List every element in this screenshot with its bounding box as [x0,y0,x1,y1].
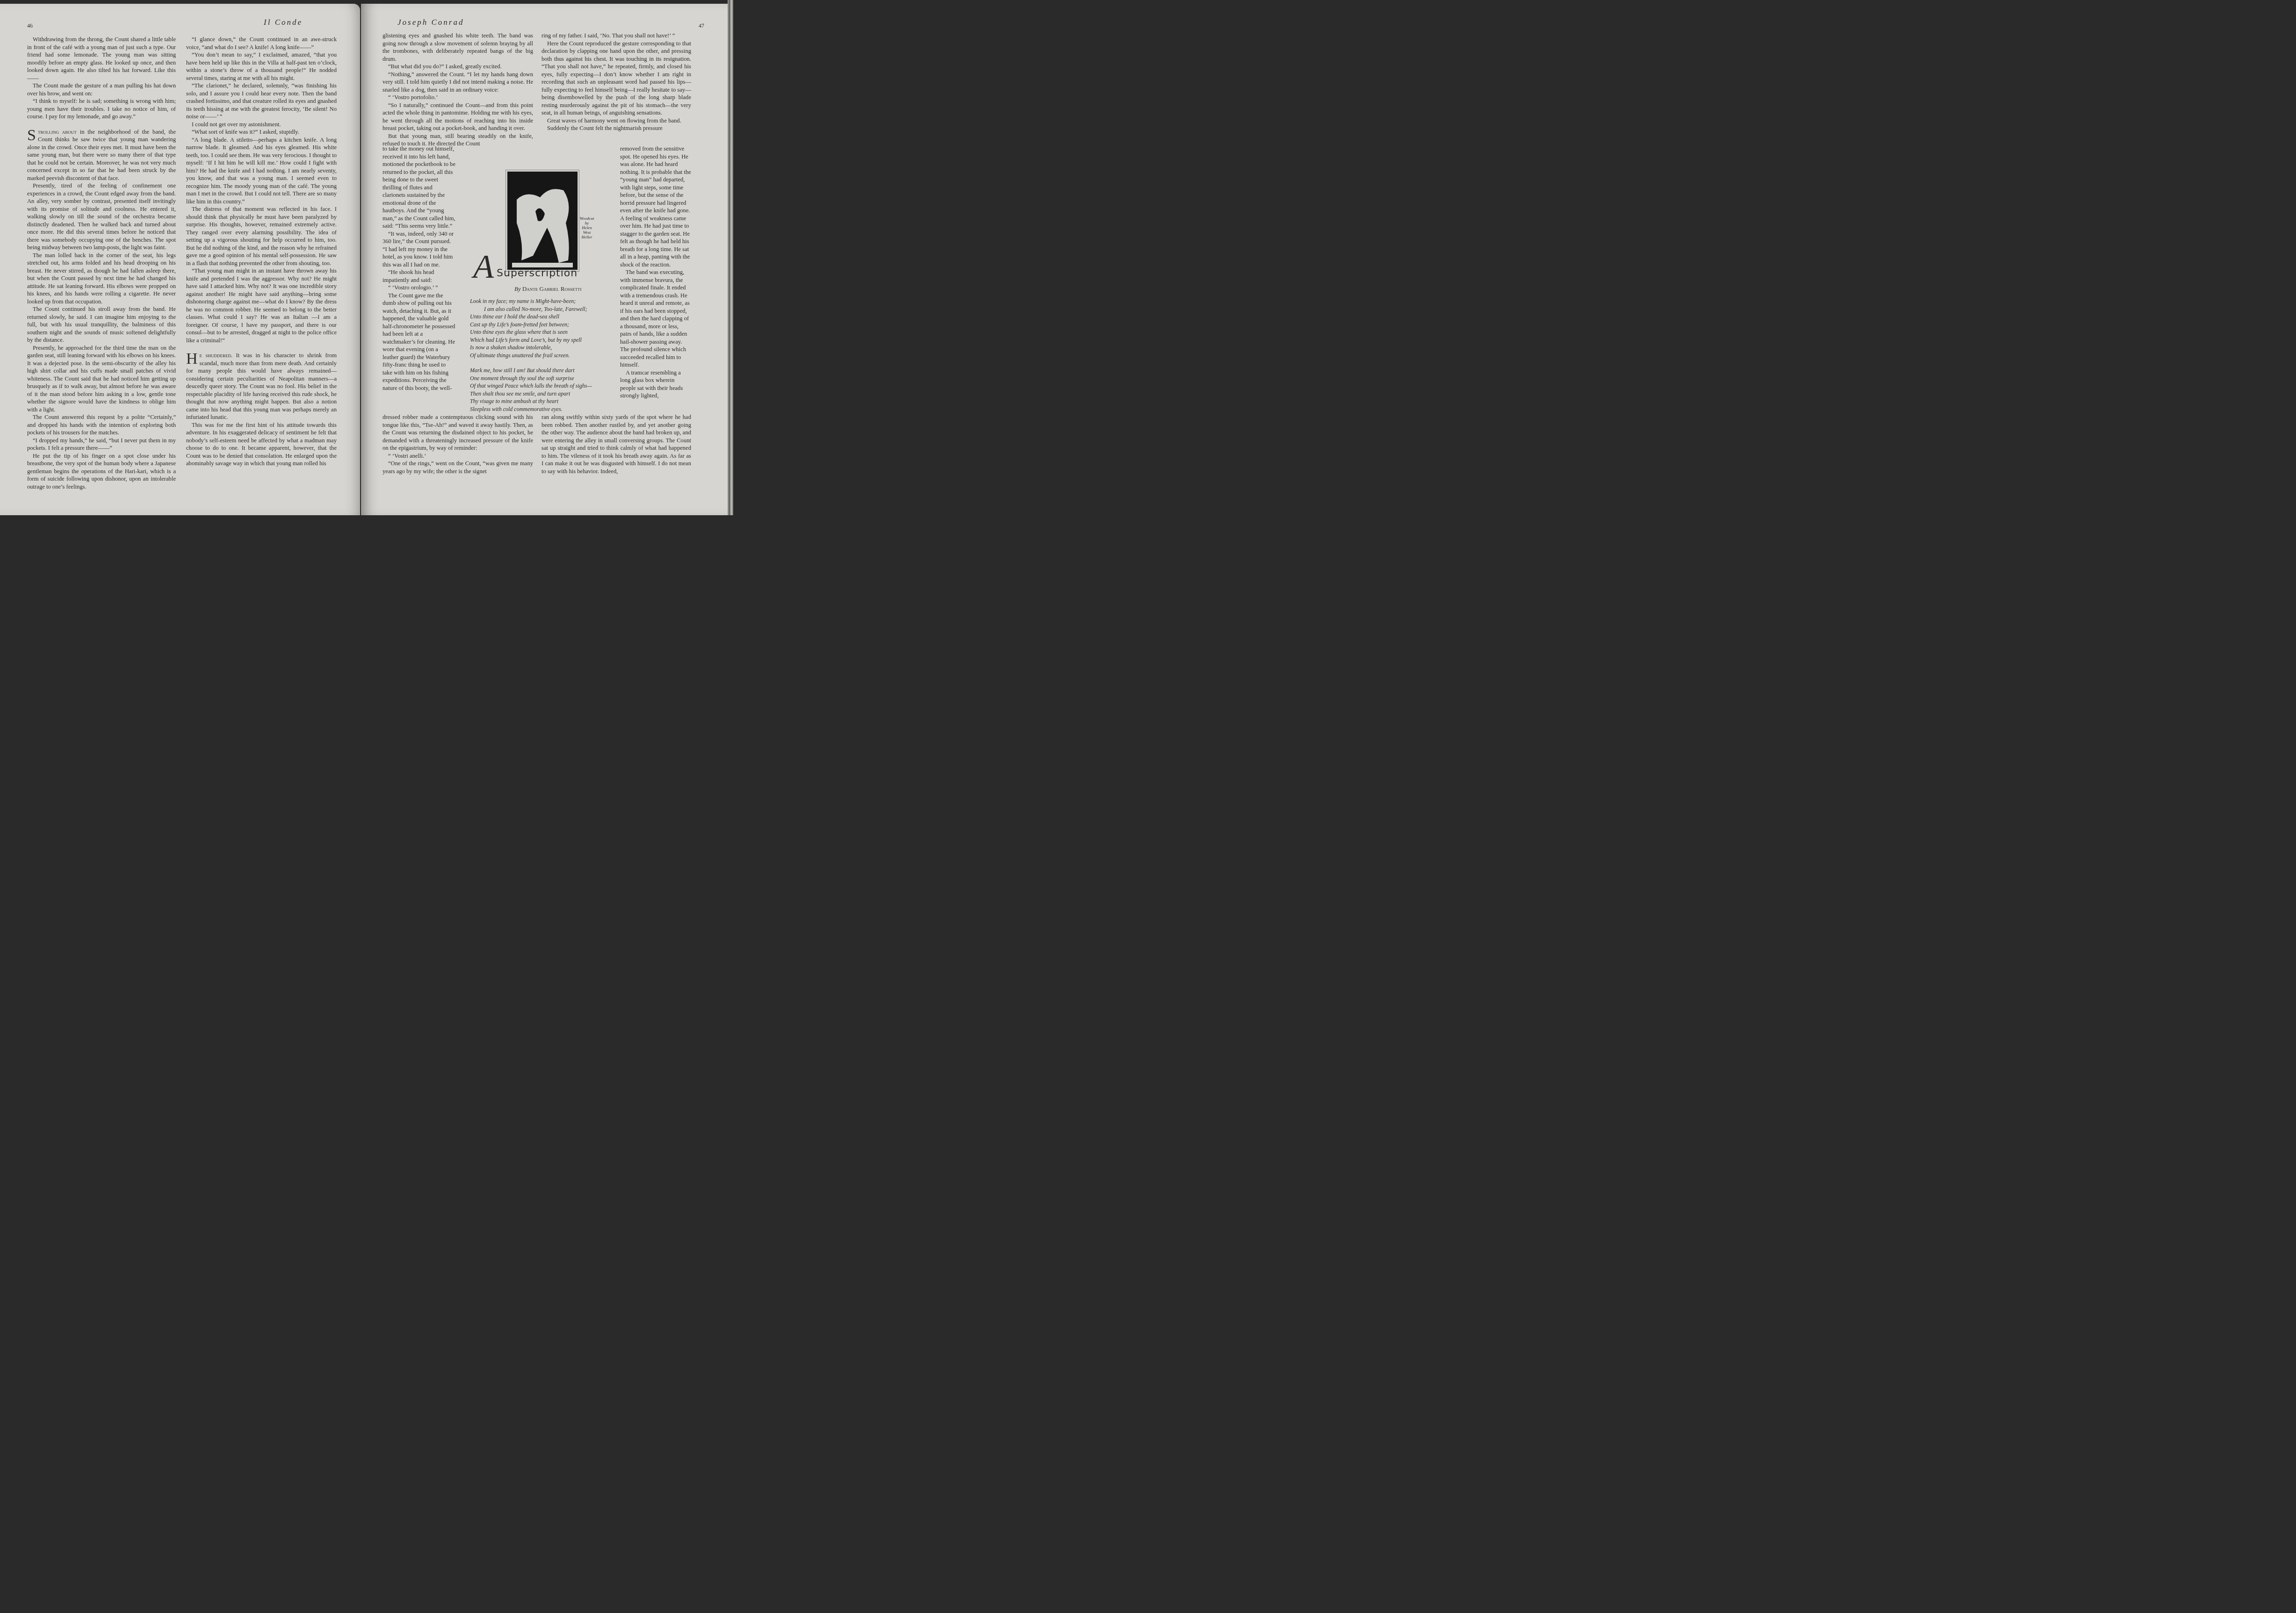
poem-body: Look in my face; my name is Might-have-b… [470,297,610,420]
paragraph: Great waves of harmony went on flowing f… [542,117,691,125]
text-column: dressed robber made a contemptuous click… [383,413,533,475]
paragraph: This was for me the first hint of his at… [186,421,337,468]
woodcut-caption: Woodcut by Helen West Heller [574,216,600,239]
paragraph: “ ‘Vostro orologio.’ ” [383,284,455,292]
text-column: glistening eyes and gnashed his white te… [383,32,533,148]
text-column: Withdrawing from the throng, the Count s… [27,36,176,490]
running-head: Il Conde [264,18,303,27]
paragraph: “One of the rings,” went on the Count, “… [383,460,533,475]
paragraph: removed from the sensitive spot. He open… [620,145,691,268]
paragraph: Presently, he approached for the third t… [27,344,176,414]
paragraph: “I dropped my hands,” he said, “but I ne… [27,437,176,452]
paragraph: Presently, tired of the feeling of confi… [27,182,176,252]
drop-cap: S [27,129,36,142]
poem-line: One moment through thy soul the soft sur… [470,374,610,382]
poem-line: Is now a shaken shadow intolerable, [470,344,610,352]
paragraph: The distress of that moment was reflecte… [186,205,337,267]
drop-cap: H [186,353,198,366]
poem-line: Of that winged Peace which lulls the bre… [470,382,610,390]
paragraph: He shuddered. It was in his character to… [186,352,337,421]
paragraph: The Count gave me the dumb show of pulli… [383,292,455,392]
poem-line: Mark me, how still I am! But should ther… [470,367,610,374]
paragraph: “So I naturally,” continued the Count—an… [383,101,533,132]
page-number: 46 [27,22,33,29]
poem-stanza: Mark me, how still I am! But should ther… [470,367,610,413]
poem-byline: By Dante Gabriel Rossetti [514,285,581,293]
poem-line: Which had Life’s form and Love’s, but by… [470,336,610,344]
poem-line: Thy visage to mine ambush at thy heart [470,397,610,405]
paragraph: “He shook his head impatiently and said: [383,268,455,284]
paragraph: “I think to myself: he is sad; something… [27,97,176,121]
paragraph: “You don’t mean to say,” I exclaimed, am… [186,51,337,82]
poem-line: Unto thine eyes the glass where that is … [470,328,610,336]
paragraph: I could not get over my astonishment. [186,121,337,129]
paragraph: “A long blade. A stiletto—perhaps a kitc… [186,136,337,206]
text-column: ran along swiftly within sixty yards of … [542,413,691,475]
paragraph: A tramcar resembling a long glass box wh… [620,369,691,400]
poem-line: Of ultimate things unuttered the frail s… [470,352,610,360]
paragraph: ran along swiftly within sixty yards of … [542,413,691,475]
paragraph: “That young man might in an instant have… [186,267,337,344]
text-column-narrow: removed from the sensitive spot. He open… [620,145,691,400]
paragraph: ring of my father. I said, ‘No. That you… [542,32,691,40]
paragraph: He put the tip of his finger on a spot c… [27,452,176,491]
paragraph: The man lolled back in the corner of the… [27,252,176,306]
paragraph: “ ‘Vostri anelli.’ [383,452,533,460]
running-head: Joseph Conrad [397,18,464,27]
text-column-narrow: to take the money out himself, received … [383,145,455,392]
paragraph: “The clarionet,” he declared, solemnly, … [186,82,337,121]
paragraph: Withdrawing from the throng, the Count s… [27,36,176,82]
paragraph: glistening eyes and gnashed his white te… [383,32,533,63]
paragraph: Suddenly the Count felt the nightmarish … [542,124,691,132]
poem-title: A Superscription [473,252,578,281]
title-text: Superscription [497,252,578,279]
paragraph: to take the money out himself, received … [383,145,455,230]
paragraph: “I glance down,” the Count continued in … [186,36,337,51]
poem-line: Sleepless with cold commemorative eyes. [470,405,610,413]
paragraph: The band was executing, with immense bra… [620,268,691,369]
paragraph: “What sort of knife was it?” I asked, st… [186,128,337,136]
paragraph: “It was, indeed, only 340 or 360 lire,” … [383,230,455,269]
paragraph: “But what did you do?” I asked, greatly … [383,63,533,71]
poem-line: I am also called No-more, Too-late, Fare… [470,305,610,313]
poem-line: Then shalt thou see me smile, and turn a… [470,390,610,398]
author-name: Dante Gabriel Rossetti [522,285,581,292]
paragraph: The Count made the gesture of a man pull… [27,82,176,97]
paragraph: The Count continued his stroll away from… [27,305,176,344]
paragraph: “ ‘Vostro portofolio.’ [383,94,533,101]
poem-line: Look in my face; my name is Might-have-b… [470,297,610,305]
poem-line: Unto thine ear I hold the dead-sea shell [470,313,610,321]
paragraph: Strolling about in the neighborhood of t… [27,128,176,182]
title-initial: A [473,252,494,281]
paragraph: “Nothing,” answered the Count. “I let my… [383,71,533,94]
paragraph: Here the Count reproduced the gesture co… [542,40,691,117]
poem-stanza: Look in my face; my name is Might-have-b… [470,297,610,359]
left-page: 46 Il Conde Withdrawing from the throng,… [0,4,360,515]
poem-line: Cast up thy Life’s foam-fretted feet bet… [470,321,610,329]
text-column: ring of my father. I said, ‘No. That you… [542,32,691,132]
paragraph: The Count answered this request by a pol… [27,413,176,437]
page-number: 47 [699,22,704,29]
text-column: “I glance down,” the Count continued in … [186,36,337,468]
book-edge [728,0,733,515]
